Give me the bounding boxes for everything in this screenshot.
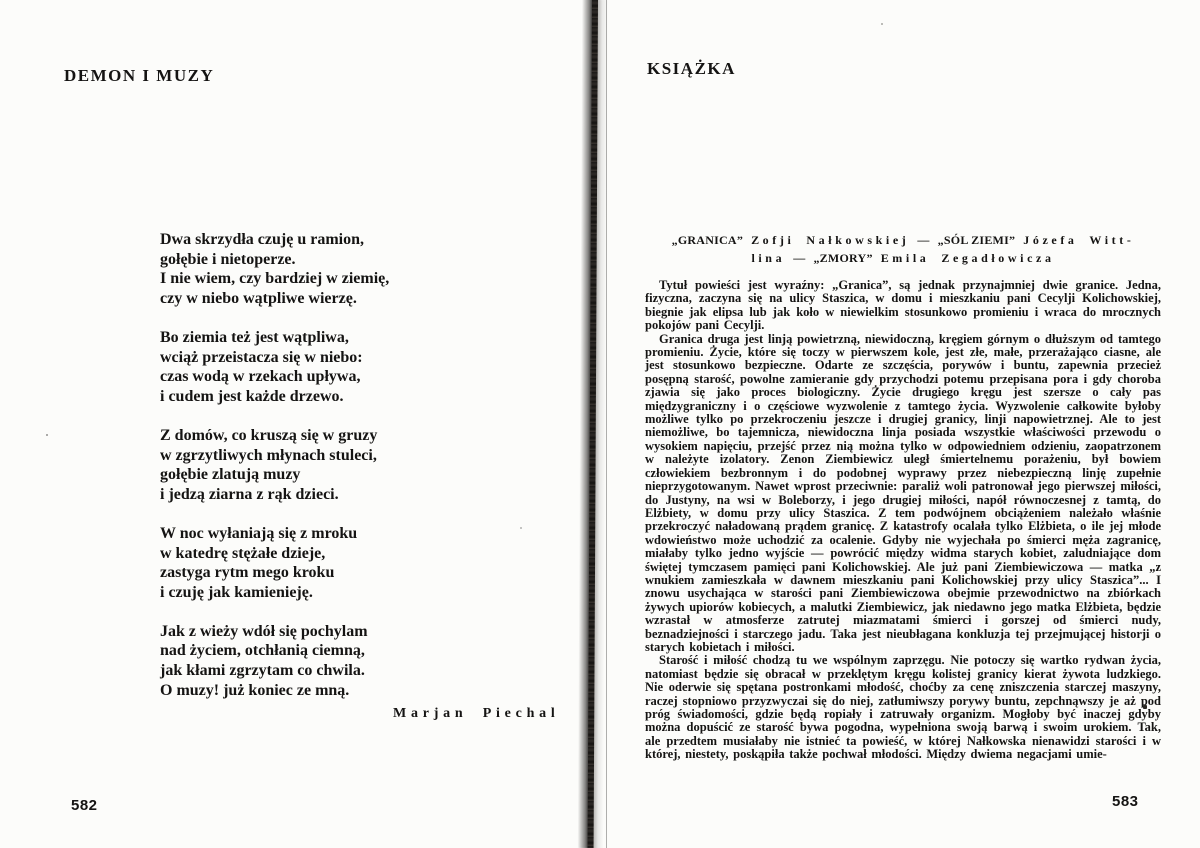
poem-line: Bo ziemia też jest wątpliwa, [160, 328, 460, 348]
review-title-line2: lina—„ZMORY”Emila Zegadłowicza [645, 249, 1161, 267]
poem-line: wciąż przeistacza się w niebo: [160, 348, 460, 368]
review-title-part: lina [751, 251, 785, 265]
poem-line: zastyga rytm mego kroku [160, 563, 460, 583]
review-body: Tytuł powieści jest wyraźny: „Granica”, … [645, 279, 1161, 762]
page-number-right: 583 [1112, 793, 1139, 810]
scan-speck [881, 23, 883, 25]
review-paragraph: Granica druga jest linją powietrzną, nie… [645, 333, 1161, 655]
review-title: „GRANICA”Zofji Nałkowskiej—„SÓL ZIEMI”Jó… [645, 231, 1161, 267]
poem-line: nad życiem, otchłanią ciemną, [160, 641, 460, 661]
review-title-part: „ZMORY” [813, 251, 872, 265]
poem-line: i czuję jak kamienieję. [160, 583, 460, 603]
poem: Dwa skrzydła czuję u ramion, gołębie i n… [160, 230, 460, 720]
poem-author-signature: Marjan Piechal [393, 706, 560, 722]
poem-line: O muzy! już koniec ze mną. [160, 681, 460, 701]
review-title-line1: „GRANICA”Zofji Nałkowskiej—„SÓL ZIEMI”Jó… [645, 231, 1161, 249]
poem-stanza: Z domów, co kruszą się w gruzy w zgrzytl… [160, 426, 460, 504]
review-title-part: Zofji Nałkowskiej [751, 233, 909, 247]
poem-stanza: Bo ziemia też jest wątpliwa, wciąż przei… [160, 328, 460, 406]
poem-line: gołębie i nietoperze. [160, 250, 460, 270]
review-title-part: „GRANICA” [672, 233, 744, 247]
poem-line: w zgrzytliwych młynach stuleci, [160, 446, 460, 466]
poem-stanza: Jak z wieży wdół się pochylam nad życiem… [160, 622, 460, 700]
poem-line: Dwa skrzydła czuję u ramion, [160, 230, 460, 250]
scan-speck [520, 527, 522, 529]
poem-line: i jedzą ziarna z rąk dzieci. [160, 485, 460, 505]
poem-line: I nie wiem, czy bardziej w ziemię, [160, 269, 460, 289]
review-title-part: Józefa Witt- [1023, 233, 1134, 247]
poem-line: Z domów, co kruszą się w gruzy [160, 426, 460, 446]
poem-stanza: W noc wyłaniają się z mroku w katedrę st… [160, 524, 460, 602]
right-page-section-title: KSIĄŻKA [647, 59, 736, 79]
review-title-part: Emila Zegadłowicza [881, 251, 1055, 265]
page-gutter-thin-line [606, 0, 607, 848]
scan-speck [1143, 705, 1147, 709]
review-paragraph: Starość i miłość chodzą tu we wspólnym z… [645, 654, 1161, 761]
poem-line: gołębie zlatują muzy [160, 465, 460, 485]
book-spread: DEMON I MUZY Dwa skrzydła czuję u ramion… [0, 0, 1200, 848]
review-title-part: „SÓL ZIEMI” [938, 233, 1016, 247]
poem-line: w katedrę stężałe dzieje, [160, 544, 460, 564]
poem-line: i cudem jest każde drzewo. [160, 387, 460, 407]
page-number-left: 582 [71, 797, 98, 814]
left-page-title: DEMON I MUZY [64, 66, 214, 86]
poem-line: jak kłami zgrzytam co chwila. [160, 661, 460, 681]
poem-stanza: Dwa skrzydła czuję u ramion, gołębie i n… [160, 230, 460, 308]
poem-line: Jak z wieży wdół się pochylam [160, 622, 460, 642]
review-title-part: — [917, 233, 929, 247]
review-title-part: — [793, 251, 805, 265]
poem-line: czy w niebo wątpliwe wierzę. [160, 289, 460, 309]
scan-speck [46, 434, 48, 436]
poem-line: czas wodą w rzekach upływa, [160, 367, 460, 387]
review-paragraph: Tytuł powieści jest wyraźny: „Granica”, … [645, 279, 1161, 333]
poem-line: W noc wyłaniają się z mroku [160, 524, 460, 544]
